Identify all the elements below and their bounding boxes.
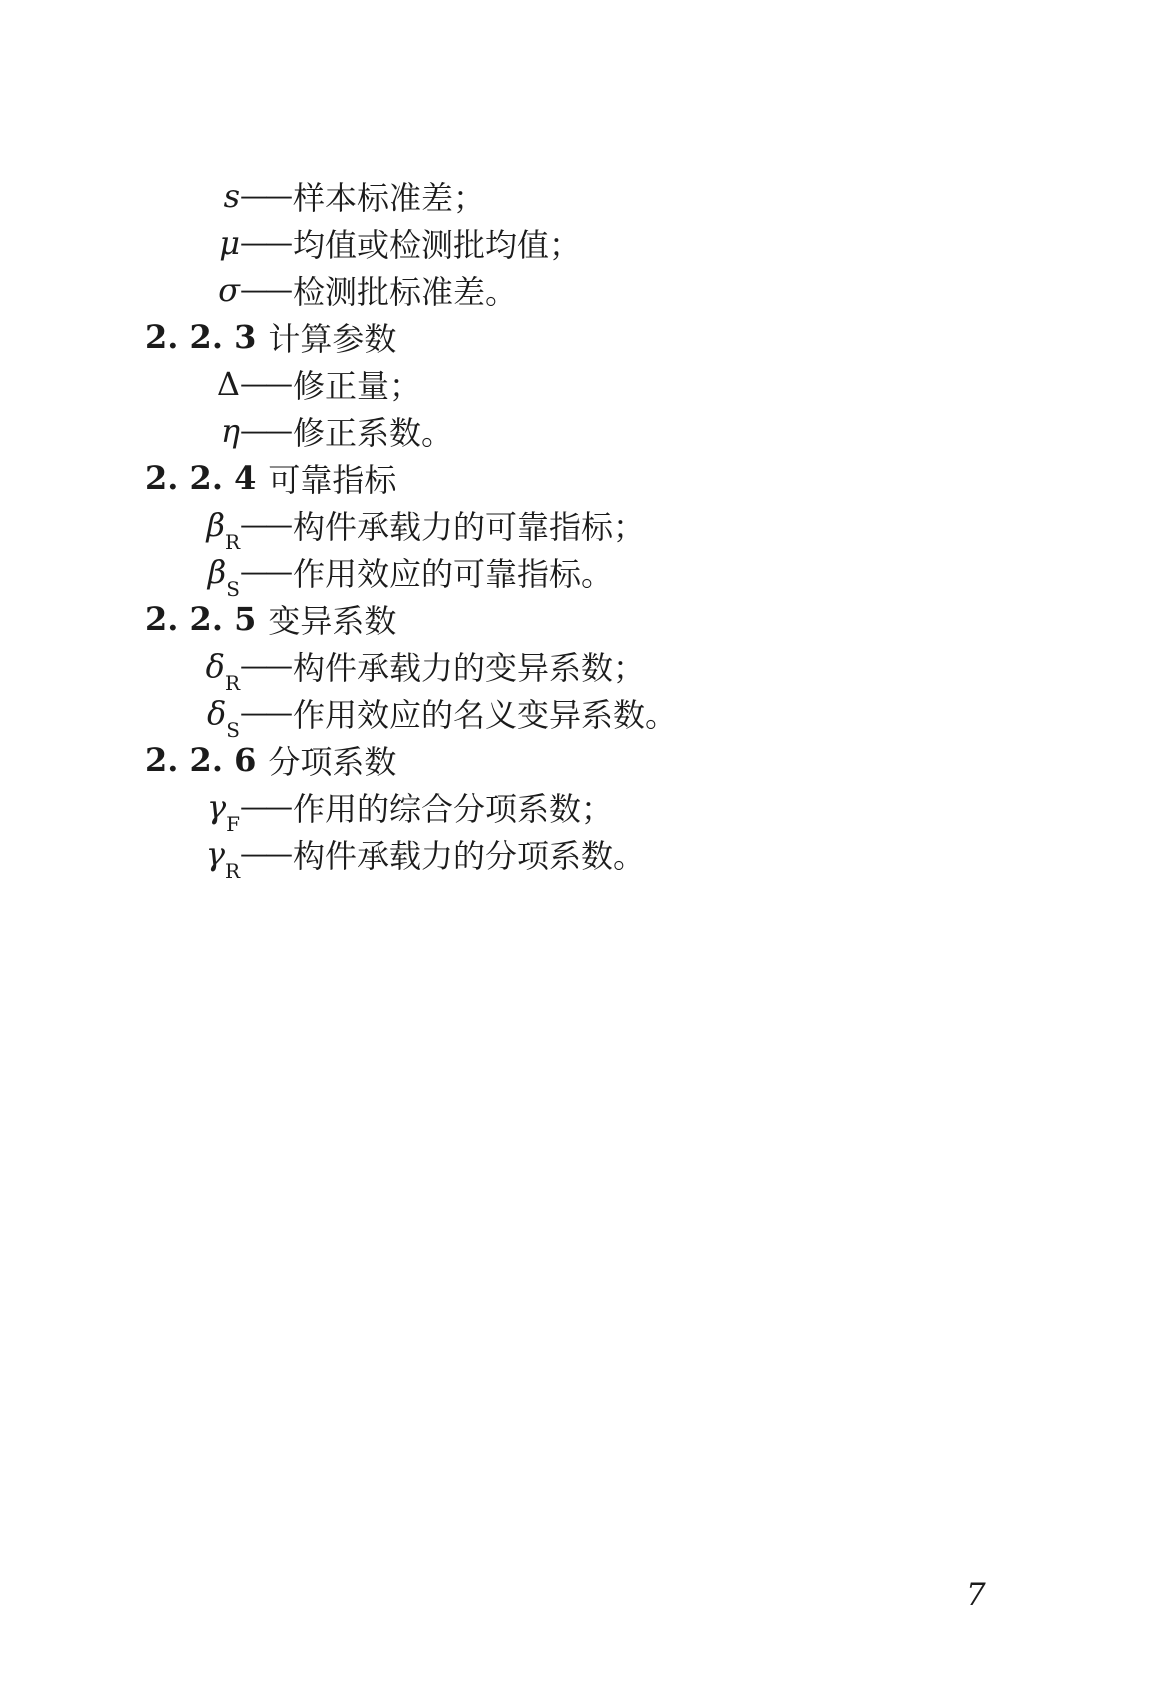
symbol-definition-line: η —— 修正系数。 [145, 407, 1025, 454]
symbol-letter: β [206, 506, 225, 544]
symbol: η [145, 412, 240, 450]
symbol-definition: 构件承载力的分项系数。 [293, 831, 645, 877]
symbol-subscript: F [226, 812, 240, 836]
symbol: σ [145, 271, 240, 309]
symbol-definition: 修正量； [293, 361, 421, 407]
dash: —— [240, 696, 293, 729]
symbol-letter: δ [206, 647, 225, 685]
symbol-letter: γ [207, 788, 226, 826]
symbol-letter: s [224, 177, 240, 215]
symbol-definition-line: δS —— 作用效应的名义变异系数。 [145, 689, 1025, 736]
symbol-definition-line: μ —— 均值或检测批均值； [145, 219, 1025, 266]
symbol: βS [145, 553, 240, 591]
symbol-letter: γ [206, 835, 225, 873]
dash: —— [240, 508, 293, 541]
section-title: 变异系数 [268, 596, 396, 642]
dash: —— [240, 837, 293, 870]
symbol-subscript: R [225, 859, 240, 883]
symbol-subscript: S [226, 577, 240, 601]
symbol-definition: 构件承载力的变异系数； [293, 643, 645, 689]
symbol: Δ [145, 365, 240, 403]
symbol-definition: 作用的综合分项系数； [293, 784, 613, 830]
dash: —— [240, 367, 293, 400]
section-heading: 2. 2. 5 变异系数 [145, 595, 1025, 642]
symbol: δR [145, 647, 240, 685]
symbol-definition: 作用效应的可靠指标。 [293, 549, 613, 595]
symbol-definition: 均值或检测批均值； [293, 220, 581, 266]
symbol-definition-line: s —— 样本标准差； [145, 172, 1025, 219]
section-heading: 2. 2. 6 分项系数 [145, 736, 1025, 783]
symbol-definition-line: γF —— 作用的综合分项系数； [145, 783, 1025, 830]
symbol: s [145, 177, 240, 215]
symbol: μ [145, 224, 240, 262]
dash: —— [240, 226, 293, 259]
symbol-definition: 作用效应的名义变异系数。 [293, 690, 677, 736]
section-number: 2. 2. 4 [145, 459, 256, 497]
page-number: 7 [966, 1577, 986, 1613]
section-number: 2. 2. 5 [145, 600, 256, 638]
symbol-definition-line: βR —— 构件承载力的可靠指标； [145, 501, 1025, 548]
section-title: 分项系数 [268, 737, 396, 783]
symbol: γR [145, 835, 240, 873]
symbol-letter: Δ [217, 365, 240, 403]
section-heading: 2. 2. 4 可靠指标 [145, 454, 1025, 501]
dash: —— [240, 179, 293, 212]
section-number: 2. 2. 6 [145, 741, 256, 779]
section-heading: 2. 2. 3 计算参数 [145, 313, 1025, 360]
dash: —— [240, 790, 293, 823]
section-title: 计算参数 [268, 314, 396, 360]
symbol-definition: 构件承载力的可靠指标； [293, 502, 645, 548]
dash: —— [240, 649, 293, 682]
symbol-letter: β [208, 553, 227, 591]
dash: —— [240, 555, 293, 588]
symbol-definition-line: δR —— 构件承载力的变异系数； [145, 642, 1025, 689]
section-number: 2. 2. 3 [145, 318, 256, 356]
symbol: δS [145, 694, 240, 732]
document-page: s —— 样本标准差； μ —— 均值或检测批均值； σ —— 检测批标准差。 … [0, 0, 1164, 1687]
dash: —— [240, 273, 293, 306]
symbol-definition-line: βS —— 作用效应的可靠指标。 [145, 548, 1025, 595]
symbol-definition-line: σ —— 检测批标准差。 [145, 266, 1025, 313]
symbol-letter: σ [218, 271, 240, 309]
symbol-definition: 样本标准差； [293, 173, 485, 219]
symbol-definition-line: Δ —— 修正量； [145, 360, 1025, 407]
symbol-letter: η [221, 412, 240, 450]
symbol: γF [145, 788, 240, 826]
symbol-definition: 检测批标准差。 [293, 267, 517, 313]
symbol-letter: μ [219, 224, 240, 262]
symbol-subscript: R [225, 671, 240, 695]
symbol-definitions-section: s —— 样本标准差； μ —— 均值或检测批均值； σ —— 检测批标准差。 … [145, 172, 1025, 877]
section-title: 可靠指标 [268, 455, 396, 501]
symbol-definition: 修正系数。 [293, 408, 453, 454]
symbol-subscript: R [225, 530, 240, 554]
symbol: βR [145, 506, 240, 544]
symbol-subscript: S [226, 718, 240, 742]
symbol-definition-line: γR —— 构件承载力的分项系数。 [145, 830, 1025, 877]
dash: —— [240, 414, 293, 447]
symbol-letter: δ [207, 694, 226, 732]
